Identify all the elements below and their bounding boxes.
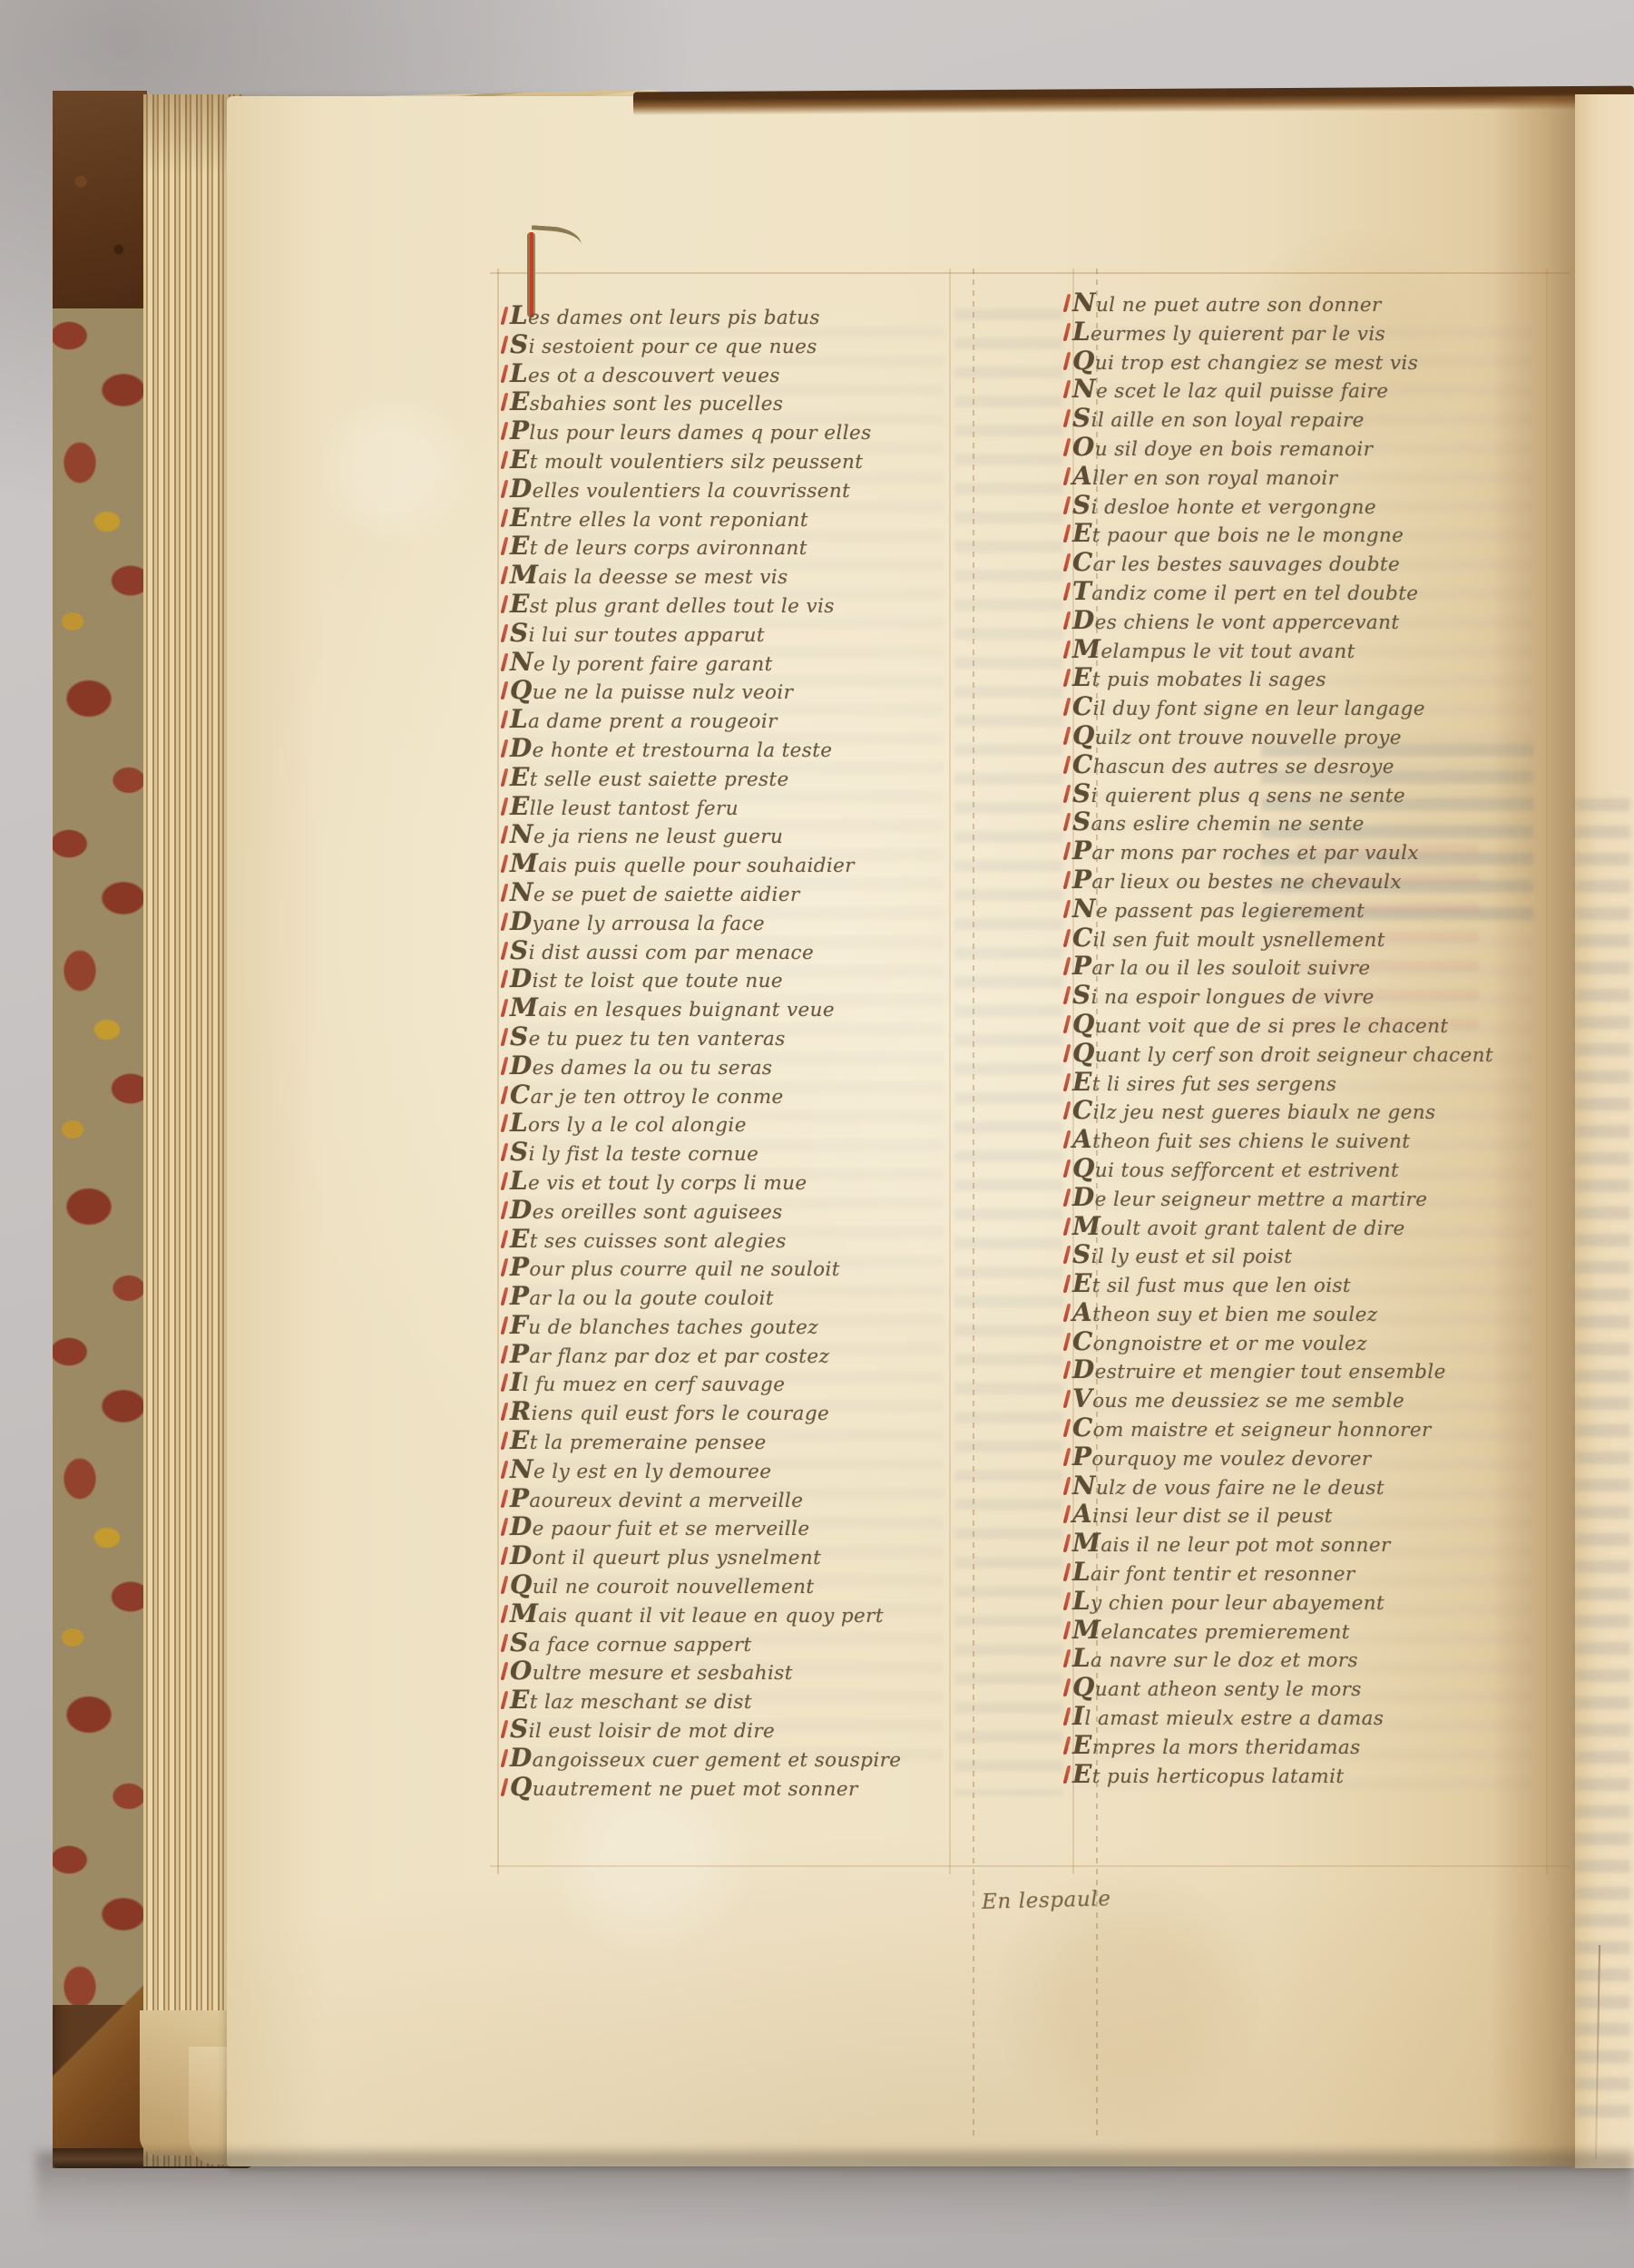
leather-spine-top: [53, 91, 147, 318]
initial-hook: [530, 225, 582, 257]
ruling-line: [490, 1865, 1570, 1867]
verse-line: Com maistre et seigneur honnorer: [1060, 1413, 1568, 1442]
leather-corner: [53, 1960, 147, 2168]
verse-line: Chascun des autres se desroye: [1060, 750, 1568, 779]
verse-line: Dangoisseux cuer gement et souspire: [497, 1744, 955, 1773]
verse-line: Et puis mobates li sages: [1060, 663, 1568, 692]
verse-line: Ainsi leur dist se il peust: [1060, 1500, 1568, 1529]
verse-line: Moult avoit grant talent de dire: [1060, 1212, 1568, 1241]
verse-line: La dame prent a rougeoir: [497, 705, 955, 734]
verse-line: Quant voit que de si pres le chacent: [1060, 1010, 1568, 1039]
verse-line: Car les bestes sauvages doubte: [1060, 548, 1568, 577]
verse-line: La navre sur le doz et mors: [1060, 1644, 1568, 1673]
verse-line: Car je ten ottroy le conme: [497, 1080, 955, 1110]
verse-line: Mais en lesques buignant veue: [497, 993, 955, 1022]
verse-line: Ne se puet de saiette aidier: [497, 878, 955, 907]
verse-line: Ne ly est en ly demouree: [497, 1455, 955, 1484]
verse-line: Empres la mors theridamas: [1060, 1731, 1568, 1760]
verse-line: Delles voulentiers la couvrissent: [497, 474, 955, 503]
verse-line: Qui trop est changiez se mest vis: [1060, 347, 1568, 376]
verse-line: Se tu puez tu ten vanteras: [497, 1022, 955, 1051]
verse-line: Par mons par roches et par vaulx: [1060, 836, 1568, 865]
verse-line: Et li sires fut ses sergens: [1060, 1068, 1568, 1097]
verse-line: De leur seigneur mettre a martire: [1060, 1183, 1568, 1212]
verse-line: Des chiens le vont appercevant: [1060, 606, 1568, 635]
verse-line: Si ly fist la teste cornue: [497, 1138, 955, 1167]
verse-line: Il fu muez en cerf sauvage: [497, 1368, 955, 1397]
verse-line: Aller en son royal manoir: [1060, 462, 1568, 491]
verse-line: Est plus grant delles tout le vis: [497, 590, 955, 619]
verse-line: Mais puis quelle pour souhaidier: [497, 849, 955, 878]
verse-line: Et moult voulentiers silz peussent: [497, 445, 955, 474]
verse-line: Nulz de vous faire ne le deust: [1060, 1471, 1568, 1501]
facing-page-sliver: [1575, 94, 1634, 2168]
verse-line: Cil duy font signe en leur langage: [1060, 692, 1568, 721]
verse-line: Et laz meschant se dist: [497, 1686, 955, 1715]
verse-line: Par la ou la goute couloit: [497, 1282, 955, 1311]
verse-line: Entre elles la vont reponiant: [497, 503, 955, 533]
verse-line: Pour plus courre quil ne souloit: [497, 1253, 955, 1282]
text-column-right: Nul ne puet autre son donnerLeurmes ly q…: [1060, 288, 1568, 1788]
verse-line: Sil ly eust et sil poist: [1060, 1240, 1568, 1269]
verse-line: Que ne la puisse nulz veoir: [497, 676, 955, 705]
verse-line: Ou sil doye en bois remanoir: [1060, 433, 1568, 462]
verse-line: Si desloe honte et vergongne: [1060, 491, 1568, 520]
verse-line: Et la premeraine pensee: [497, 1426, 955, 1455]
verse-line: Lair font tentir et resonner: [1060, 1558, 1568, 1587]
verse-line: Cil sen fuit moult ysnellement: [1060, 924, 1568, 953]
verse-line: Ne ly porent faire garant: [497, 648, 955, 677]
verse-line: Si dist aussi com par menace: [497, 936, 955, 965]
verse-line: Et puis herticopus latamit: [1060, 1760, 1568, 1789]
left-cover-board: [53, 91, 147, 2168]
verse-line: Qui tous sefforcent et estrivent: [1060, 1154, 1568, 1183]
verse-line: Esbahies sont les pucelles: [497, 387, 955, 416]
verse-line: Et ses cuisses sont alegies: [497, 1225, 955, 1254]
photo-of-manuscript: Les dames ont leurs pis batusSi sestoien…: [0, 0, 1634, 2268]
verse-line: Des dames la ou tu seras: [497, 1051, 955, 1080]
verse-line: Oultre mesure et sesbahist: [497, 1657, 955, 1686]
verse-line: Cilz jeu nest gueres biaulx ne gens: [1060, 1096, 1568, 1125]
verse-line: Vous me deussiez se me semble: [1060, 1384, 1568, 1413]
verse-line: Le vis et tout ly corps li mue: [497, 1167, 955, 1196]
verse-line: Mais quant il vit leaue en quoy pert: [497, 1599, 955, 1628]
verse-line: Tandiz come il pert en tel doubte: [1060, 577, 1568, 606]
verse-line: Sa face cornue sappert: [497, 1628, 955, 1657]
verse-line: Atheon fuit ses chiens le suivent: [1060, 1125, 1568, 1154]
verse-line: Quant ly cerf son droit seigneur chacent: [1060, 1039, 1568, 1068]
verse-line: De honte et trestourna la teste: [497, 734, 955, 763]
verse-line: Dyane ly arrousa la face: [497, 907, 955, 936]
verse-line: Les dames ont leurs pis batus: [497, 301, 955, 330]
verse-line: Quilz ont trouve nouvelle proye: [1060, 721, 1568, 750]
verse-line: Quil ne couroit nouvellement: [497, 1570, 955, 1599]
verse-line: Riens quil eust fors le courage: [497, 1397, 955, 1426]
verse-line: Mais il ne leur pot mot sonner: [1060, 1529, 1568, 1558]
verse-line: Dist te loist que toute nue: [497, 964, 955, 993]
verse-line: Si sestoient pour ce que nues: [497, 330, 955, 359]
verse-line: Si quierent plus q sens ne sente: [1060, 779, 1568, 808]
verse-line: Il amast mieulx estre a damas: [1060, 1702, 1568, 1731]
verse-line: Plus pour leurs dames q pour elles: [497, 416, 955, 445]
verse-line: Congnoistre et or me voulez: [1060, 1327, 1568, 1356]
verse-line: Par flanz par doz et par costez: [497, 1340, 955, 1369]
verse-line: Melancates premierement: [1060, 1616, 1568, 1645]
verse-line: De paour fuit et se merveille: [497, 1512, 955, 1541]
verse-line: Des oreilles sont aguisees: [497, 1196, 955, 1225]
verse-line: Ne scet le laz quil puisse faire: [1060, 375, 1568, 404]
verse-line: Elle leust tantost feru: [497, 792, 955, 821]
verse-line: Nul ne puet autre son donner: [1060, 288, 1568, 318]
verse-line: Quautrement ne puet mot sonner: [497, 1773, 955, 1802]
verse-line: Si na espoir longues de vivre: [1060, 981, 1568, 1010]
verse-line: Ly chien pour leur abayement: [1060, 1587, 1568, 1616]
verse-line: Sans eslire chemin ne sente: [1060, 807, 1568, 836]
verse-line: Destruire et mengier tout ensemble: [1060, 1355, 1568, 1384]
verse-line: Pourquoy me voulez devorer: [1060, 1442, 1568, 1471]
verse-line: Et sil fust mus que len oist: [1060, 1269, 1568, 1298]
verse-line: Par la ou il les souloit suivre: [1060, 952, 1568, 981]
verse-line: Et selle eust saiette preste: [497, 763, 955, 792]
book-cast-shadow: [36, 2152, 1634, 2234]
verse-line: Ne passent pas legierement: [1060, 894, 1568, 924]
verse-line: Par lieux ou bestes ne chevaulx: [1060, 865, 1568, 894]
verse-line: Ne ja riens ne leust gueru: [497, 820, 955, 849]
verse-line: Sil aille en son loyal repaire: [1060, 404, 1568, 433]
verse-line: Lors ly a le col alongie: [497, 1109, 955, 1138]
marbled-paper: [53, 308, 147, 2005]
verse-line: Dont il queurt plus ysnelment: [497, 1541, 955, 1570]
ruling-line: [973, 269, 974, 2137]
verse-line: Quant atheon senty le mors: [1060, 1673, 1568, 1702]
verse-line: Sil eust loisir de mot dire: [497, 1715, 955, 1744]
verse-line: Melampus le vit tout avant: [1060, 635, 1568, 664]
catchword: En lespaule: [982, 1887, 1111, 1914]
verse-line: Les ot a descouvert veues: [497, 359, 955, 388]
verse-line: Atheon suy et bien me soulez: [1060, 1298, 1568, 1327]
verse-line: Paoureux devint a merveille: [497, 1484, 955, 1513]
verse-line: Leurmes ly quierent par le vis: [1060, 318, 1568, 347]
text-column-left: Les dames ont leurs pis batusSi sestoien…: [497, 301, 955, 1801]
verse-line: Fu de blanches taches goutez: [497, 1311, 955, 1340]
verse-line: Et paour que bois ne le mongne: [1060, 519, 1568, 548]
verse-line: Mais la deesse se mest vis: [497, 561, 955, 590]
verse-line: Si lui sur toutes apparut: [497, 619, 955, 648]
verse-line: Et de leurs corps avironnant: [497, 532, 955, 561]
ruling-line: [490, 272, 1570, 274]
